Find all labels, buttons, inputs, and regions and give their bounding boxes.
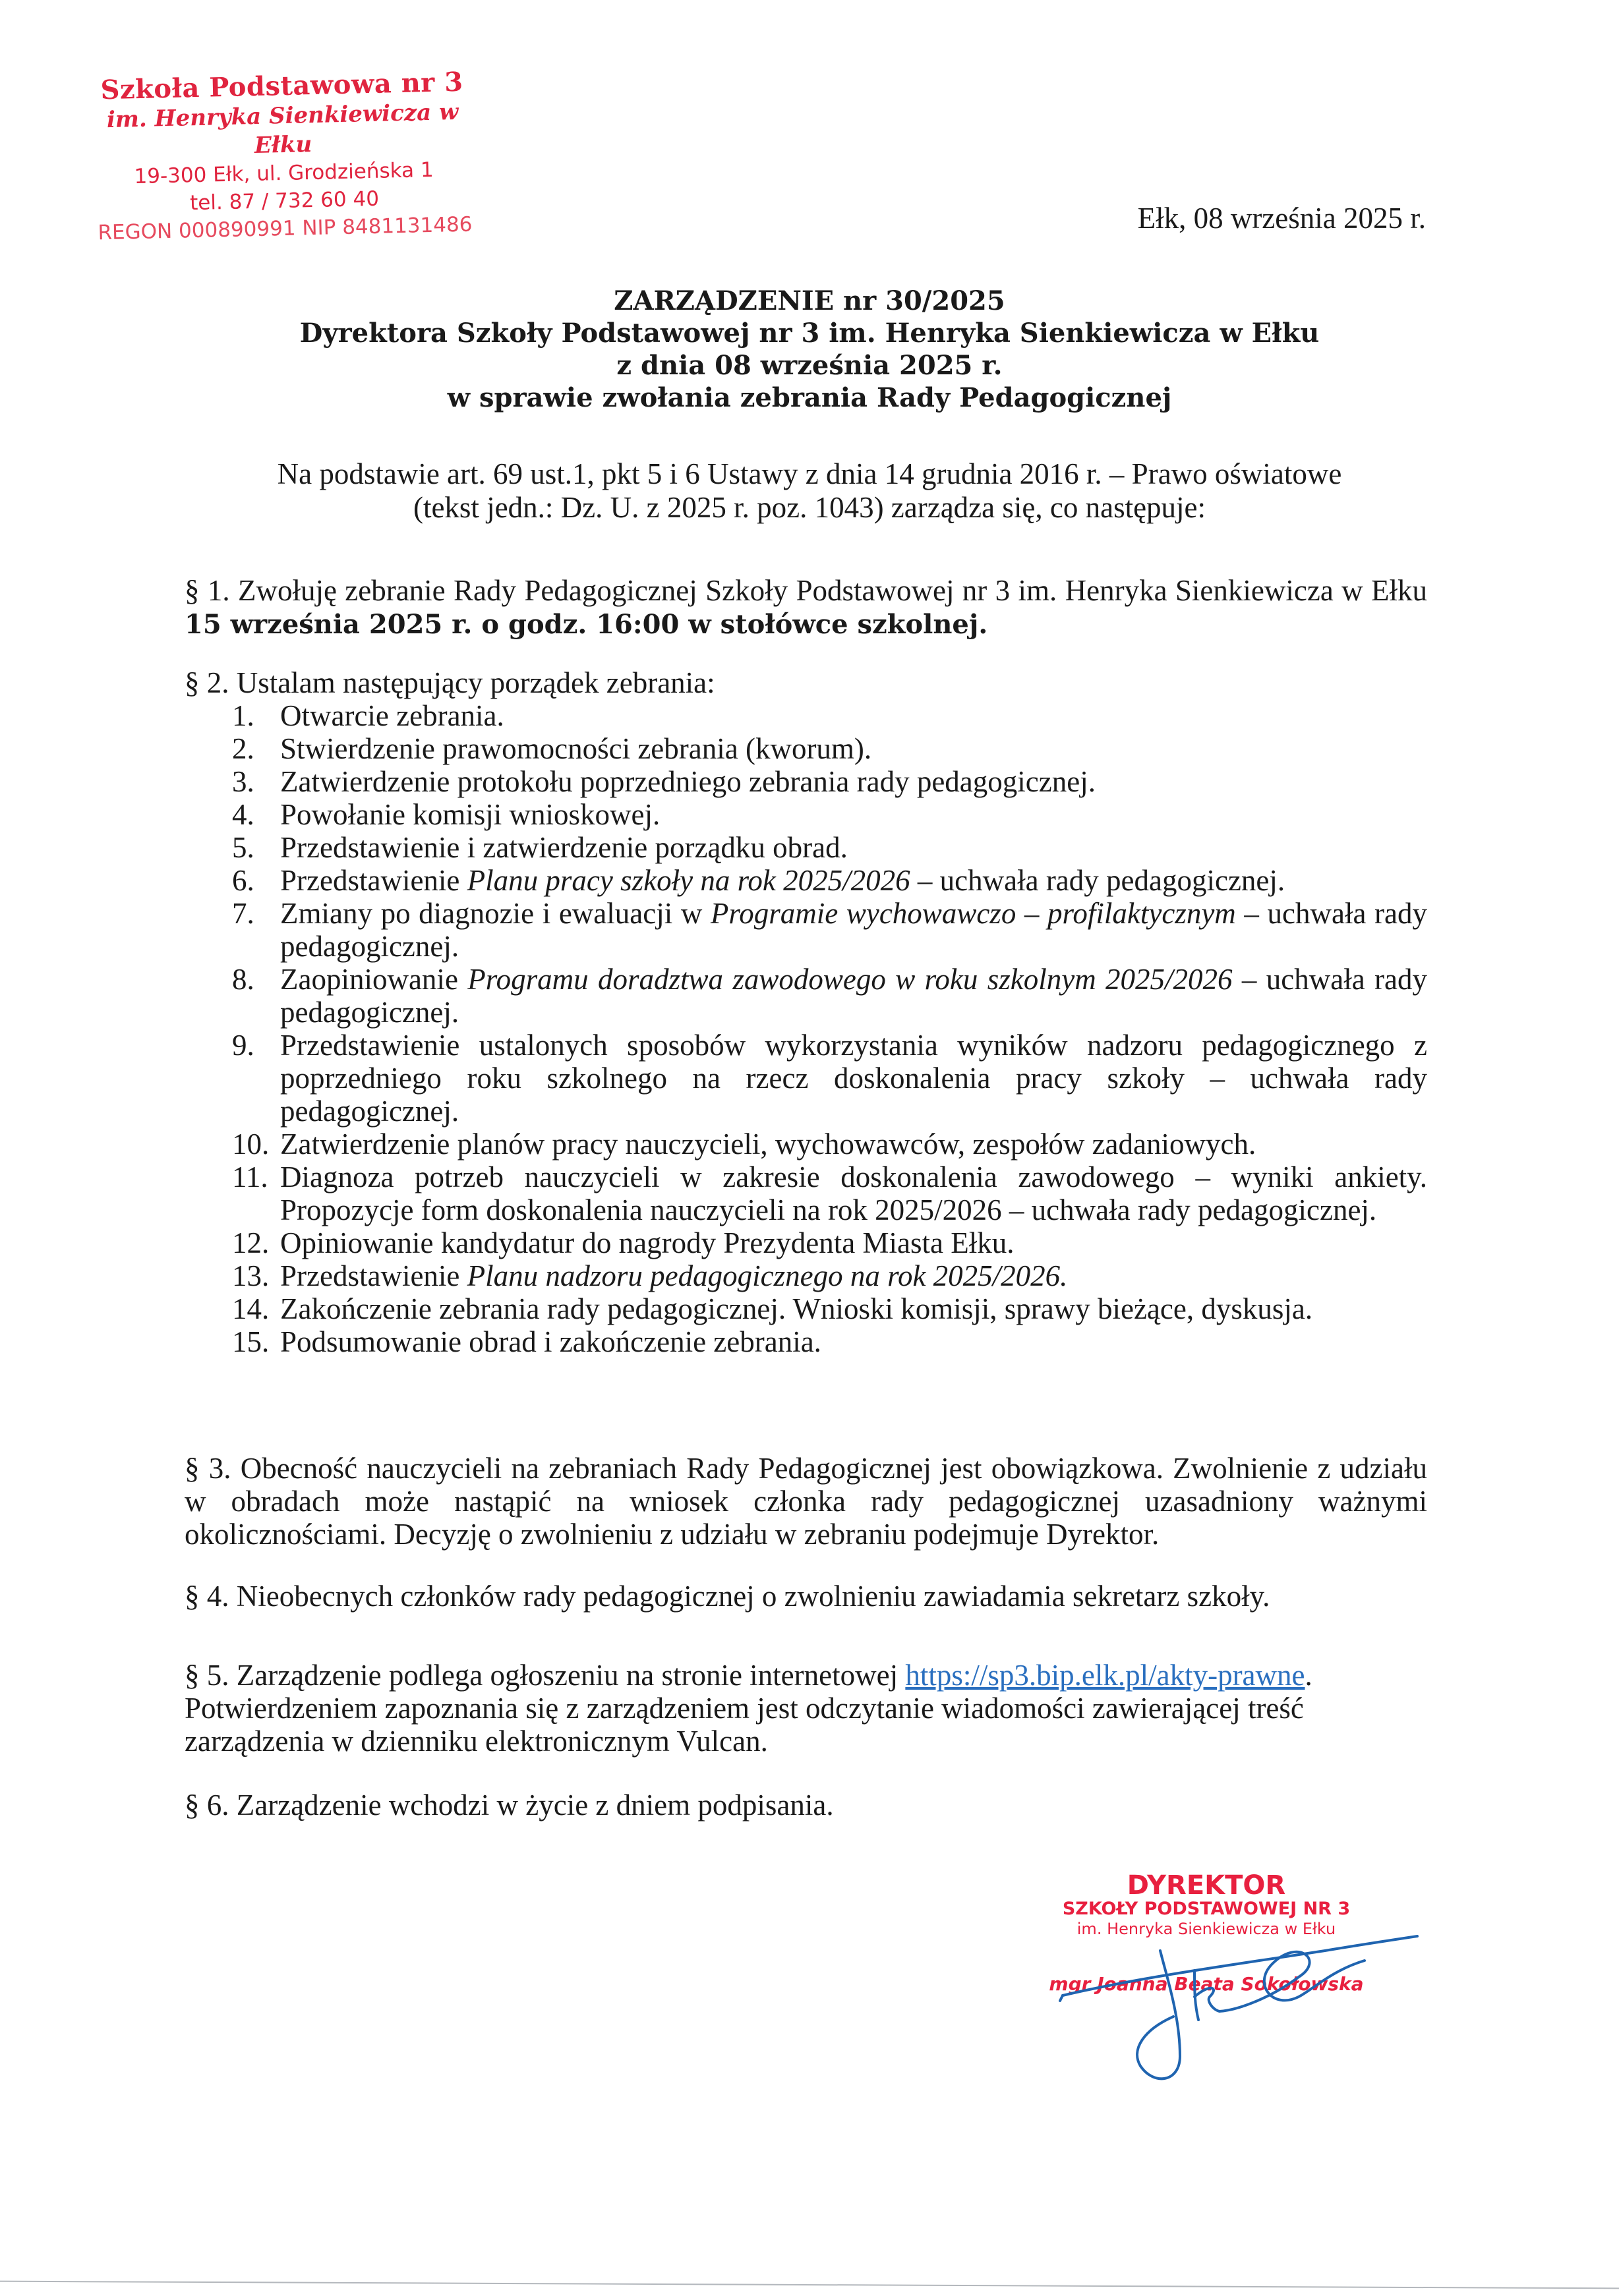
agenda-item-text: Zmiany po diagnozie i ewaluacji w bbox=[280, 897, 711, 930]
agenda-item: 1.Otwarcie zebrania. bbox=[185, 699, 1427, 732]
legal-basis-line-2: (tekst jedn.: Dz. U. z 2025 r. poz. 1043… bbox=[0, 491, 1619, 525]
agenda-item-number: 8. bbox=[232, 963, 254, 996]
agenda-list: 1.Otwarcie zebrania.2.Stwierdzenie prawo… bbox=[185, 699, 1427, 1358]
agenda-item: 12.Opiniowanie kandydatur do nagrody Pre… bbox=[185, 1226, 1427, 1259]
agenda-item: 6.Przedstawienie Planu pracy szkoły na r… bbox=[185, 864, 1427, 897]
agenda-item: 7.Zmiany po diagnozie i ewaluacji w Prog… bbox=[185, 897, 1427, 963]
agenda-item: 14.Zakończenie zebrania rady pedagogiczn… bbox=[185, 1292, 1427, 1325]
section-1-text: § 1. Zwołuję zebranie Rady Pedagogicznej… bbox=[185, 574, 1427, 607]
agenda-item: 2.Stwierdzenie prawomocności zebrania (k… bbox=[185, 732, 1427, 765]
agenda-item-text: Diagnoza potrzeb nauczycieli w zakresie … bbox=[280, 1161, 1427, 1226]
agenda-item-number: 5. bbox=[232, 831, 254, 864]
agenda-item: 3.Zatwierdzenie protokołu poprzedniego z… bbox=[185, 765, 1427, 798]
agenda-item-document-title: Planu pracy szkoły na rok 2025/2026 bbox=[467, 864, 910, 897]
agenda-item-document-title: Programu doradztwa zawodowego w roku szk… bbox=[467, 963, 1232, 996]
agenda-item: 4.Powołanie komisji wnioskowej. bbox=[185, 798, 1427, 831]
title-order-number: ZARZĄDZENIE nr 30/2025 bbox=[0, 285, 1619, 317]
agenda-item-text: Przedstawienie ustalonych sposobów wykor… bbox=[280, 1029, 1427, 1128]
agenda-item-text: Powołanie komisji wnioskowej. bbox=[280, 798, 660, 831]
agenda-item-number: 1. bbox=[232, 699, 254, 732]
agenda-item-text: Przedstawienie i zatwierdzenie porządku … bbox=[280, 831, 848, 864]
agenda-item: 13.Przedstawienie Planu nadzoru pedagogi… bbox=[185, 1259, 1427, 1292]
section-2-intro: § 2. Ustalam następujący porządek zebran… bbox=[185, 666, 1427, 699]
agenda-item-number: 4. bbox=[232, 798, 254, 831]
agenda-item-number: 3. bbox=[232, 765, 254, 798]
school-stamp: Szkoła Podstawowa nr 3 im. Henryka Sienk… bbox=[77, 67, 490, 247]
title-issuer: Dyrektora Szkoły Podstawowej nr 3 im. He… bbox=[0, 317, 1619, 349]
section-3: § 3. Obecność nauczycieli na zebraniach … bbox=[185, 1452, 1427, 1551]
title-subject: w sprawie zwołania zebrania Rady Pedagog… bbox=[0, 382, 1619, 414]
section-4: § 4. Nieobecnych członków rady pedagogic… bbox=[185, 1580, 1427, 1613]
agenda-item: 11.Diagnoza potrzeb nauczycieli w zakres… bbox=[185, 1161, 1427, 1226]
section-4-text: § 4. Nieobecnych członków rady pedagogic… bbox=[185, 1580, 1427, 1613]
agenda-item-text: Otwarcie zebrania. bbox=[280, 699, 504, 732]
section-1: § 1. Zwołuję zebranie Rady Pedagogicznej… bbox=[185, 574, 1427, 641]
agenda-item-document-title: Programie wychowawczo – profilaktycznym bbox=[711, 897, 1236, 930]
section-6-text: § 6. Zarządzenie wchodzi w życie z dniem… bbox=[185, 1789, 1427, 1822]
agenda-item-text: Przedstawienie bbox=[280, 864, 467, 897]
agenda-item-text: Opiniowanie kandydatur do nagrody Prezyd… bbox=[280, 1226, 1014, 1259]
section-5-text: § 5. Zarządzenie podlega ogłoszeniu na s… bbox=[185, 1659, 905, 1692]
section-5: § 5. Zarządzenie podlega ogłoszeniu na s… bbox=[185, 1659, 1427, 1758]
handwritten-signature bbox=[1022, 1898, 1430, 2082]
legal-basis: Na podstawie art. 69 ust.1, pkt 5 i 6 Us… bbox=[0, 457, 1619, 525]
agenda-item-number: 11. bbox=[232, 1161, 268, 1193]
agenda-item-text: Przedstawienie bbox=[280, 1259, 467, 1292]
agenda-item-text: Zatwierdzenie protokołu poprzedniego zeb… bbox=[280, 765, 1096, 798]
section-3-text: § 3. Obecność nauczycieli na zebraniach … bbox=[185, 1452, 1427, 1551]
agenda-item-number: 13. bbox=[232, 1259, 269, 1292]
agenda-item: 15.Podsumowanie obrad i zakończenie zebr… bbox=[185, 1325, 1427, 1358]
agenda-item-number: 6. bbox=[232, 864, 254, 897]
agenda-item-number: 14. bbox=[232, 1292, 269, 1325]
agenda-item: 8.Zaopiniowanie Programu doradztwa zawod… bbox=[185, 963, 1427, 1029]
agenda-item: 10.Zatwierdzenie planów pracy nauczyciel… bbox=[185, 1128, 1427, 1161]
scan-edge-line bbox=[0, 2281, 1619, 2289]
agenda-item-text: Zakończenie zebrania rady pedagogicznej.… bbox=[280, 1292, 1312, 1325]
stamp-director-title: DYREKTOR bbox=[1028, 1872, 1384, 1899]
agenda-item-text: Stwierdzenie prawomocności zebrania (kwo… bbox=[280, 732, 871, 765]
agenda-item-number: 12. bbox=[232, 1226, 269, 1259]
agenda-item-number: 7. bbox=[232, 897, 254, 930]
agenda-item-text: – uchwała rady pedagogicznej. bbox=[910, 864, 1285, 897]
agenda-item-text: Zatwierdzenie planów pracy nauczycieli, … bbox=[280, 1128, 1256, 1161]
bip-link[interactable]: https://sp3.bip.elk.pl/akty-prawne bbox=[905, 1659, 1305, 1692]
meeting-date-place: 15 września 2025 r. o godz. 16:00 w stoł… bbox=[185, 609, 987, 640]
agenda-item-document-title: Planu nadzoru pedagogicznego na rok 2025… bbox=[467, 1259, 1068, 1292]
agenda-item-number: 15. bbox=[232, 1325, 269, 1358]
place-date: Ełk, 08 września 2025 r. bbox=[1138, 201, 1426, 235]
title-date: z dnia 08 września 2025 r. bbox=[0, 349, 1619, 382]
section-6: § 6. Zarządzenie wchodzi w życie z dniem… bbox=[185, 1789, 1427, 1822]
agenda-item-number: 10. bbox=[232, 1128, 269, 1161]
agenda-item: 9.Przedstawienie ustalonych sposobów wyk… bbox=[185, 1029, 1427, 1128]
agenda-item-number: 2. bbox=[232, 732, 254, 765]
agenda-item-number: 9. bbox=[232, 1029, 254, 1062]
section-2: § 2. Ustalam następujący porządek zebran… bbox=[185, 666, 1427, 1358]
agenda-item: 5.Przedstawienie i zatwierdzenie porządk… bbox=[185, 831, 1427, 864]
stamp-school-patron: im. Henryka Sienkiewicza w Ełku bbox=[78, 97, 488, 164]
agenda-item-text: Zaopiniowanie bbox=[280, 963, 467, 996]
agenda-item-text: Podsumowanie obrad i zakończenie zebrani… bbox=[280, 1325, 821, 1358]
legal-basis-line-1: Na podstawie art. 69 ust.1, pkt 5 i 6 Us… bbox=[0, 457, 1619, 491]
document-title: ZARZĄDZENIE nr 30/2025 Dyrektora Szkoły … bbox=[0, 285, 1619, 414]
